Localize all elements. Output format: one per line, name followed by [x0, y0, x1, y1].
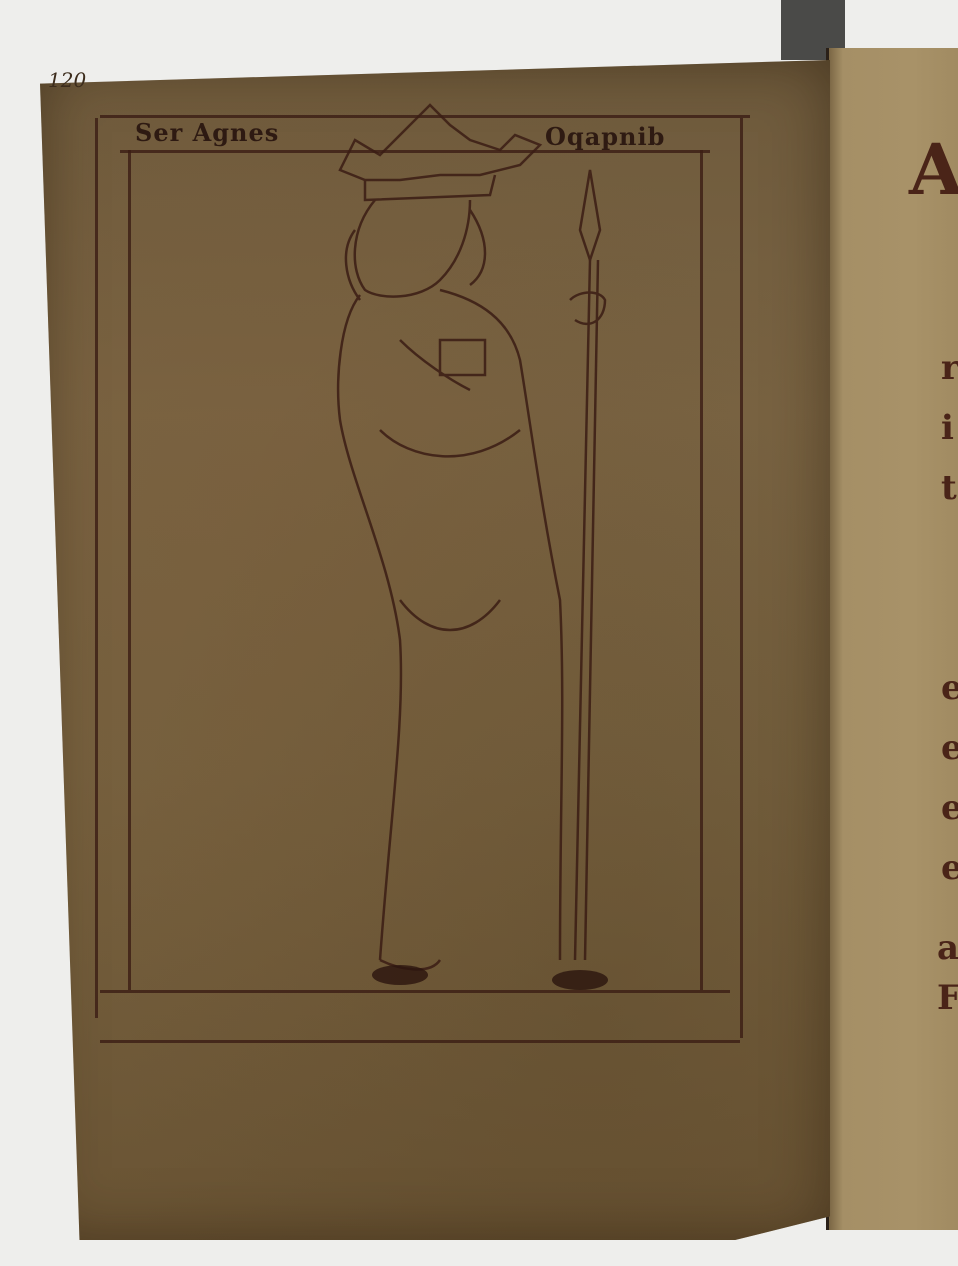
left-shoe: [372, 965, 428, 985]
right-shoe: [552, 970, 608, 990]
spear-icon: [580, 170, 600, 260]
crown-icon: [340, 105, 540, 180]
crowned-figure-drawing: [0, 0, 958, 1266]
